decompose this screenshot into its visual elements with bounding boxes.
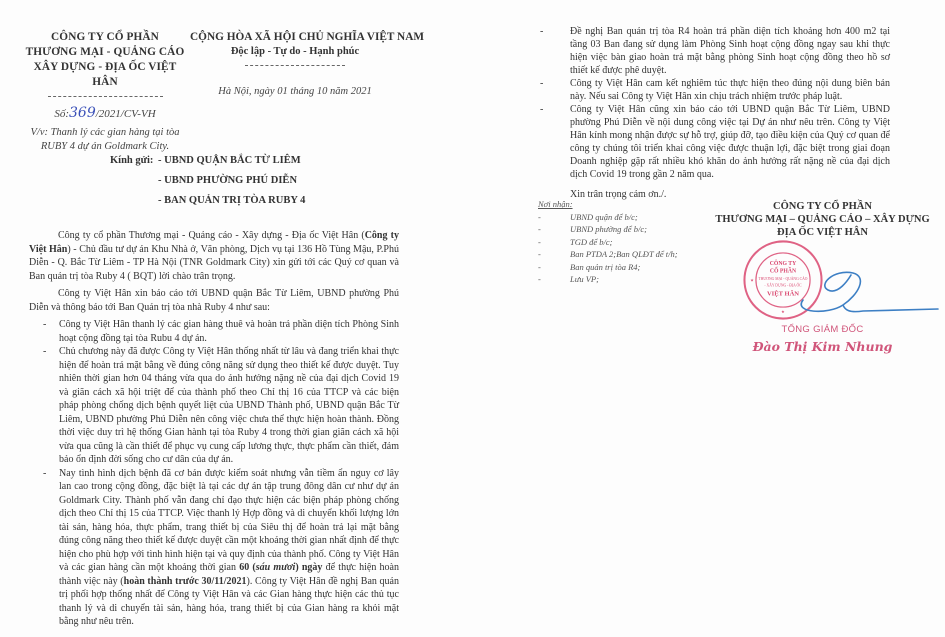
handwritten-number: 369 (69, 105, 96, 121)
motto-divider (245, 65, 345, 66)
signature-block: CÔNG TY CỔ PHẦN THƯƠNG MẠI – QUẢNG CÁO –… (705, 200, 940, 239)
letter-page-2: -Đề nghị Ban quản trị tòa R4 hoàn trả ph… (480, 0, 945, 637)
addressee: - UBND QUẬN BẮC TỪ LIÊM (158, 155, 301, 166)
recipient-item: -Lưu VP; (538, 273, 678, 286)
bullet-item: -Công ty Việt Hân cũng xin báo cáo tới U… (540, 103, 890, 181)
company-name-line: CÔNG TY CỔ PHẦN (20, 30, 190, 45)
intro-paragraph: Công ty cổ phần Thương mại - Quảng cáo -… (29, 229, 399, 283)
recipient-item: -TGD để b/c; (538, 236, 678, 249)
bullet-item: -Công ty Việt Hân cam kết nghiêm túc thự… (540, 77, 890, 103)
recipient-item: -Ban quản trị tòa R4; (538, 261, 678, 274)
company-name-line: XÂY DỰNG - ĐỊA ỐC VIỆT HÂN (20, 60, 190, 90)
national-header: CỘNG HÒA XÃ HỘI CHỦ NGHĨA VIỆT NAM Độc l… (190, 30, 400, 97)
recipient-item: -Ban PTDA 2;Ban QLĐT để t/h; (538, 248, 678, 261)
recipients-title: Nơi nhận: (538, 198, 678, 211)
dateline: Hà Nội, ngày 01 tháng 10 năm 2021 (190, 86, 400, 97)
recipients-list: Nơi nhận: -UBND quận để b/c; -UBND phườn… (538, 198, 678, 286)
company-header: CÔNG TY CỔ PHẦN THƯƠNG MẠI - QUẢNG CÁO X… (20, 30, 190, 154)
signer-role: TỔNG GIÁM ĐỐC (705, 324, 940, 335)
sign-company-line: ĐỊA ỐC VIỆT HÂN (705, 226, 940, 239)
bullet-item: -Nay tình hình dịch bệnh đã cơ bản được … (29, 467, 399, 629)
recipient-item: -UBND phường để b/c; (538, 223, 678, 236)
letter-body-continued: -Đề nghị Ban quản trị tòa R4 hoàn trả ph… (540, 25, 890, 201)
addressee-label: Kính gửi: (110, 151, 158, 171)
signature-icon (773, 265, 943, 315)
company-name-line: THƯƠNG MẠI - QUẢNG CÁO (20, 45, 190, 60)
bullet-item: -Đề nghị Ban quản trị tòa R4 hoàn trả ph… (540, 25, 890, 77)
document-number: Số:369/2021/CV-VH (20, 105, 190, 121)
recipient-item: -UBND quận để b/c; (538, 211, 678, 224)
letter-page-1: CÔNG TY CỔ PHẦN THƯƠNG MẠI - QUẢNG CÁO X… (0, 0, 470, 637)
addressee: - UBND PHƯỜNG PHÚ DIỄN (110, 171, 305, 191)
bullet-item: -Chủ chương này đã được Công ty Việt Hân… (29, 345, 399, 467)
header-divider (48, 96, 163, 97)
subject-line-1: V/v: Thanh lý các gian hàng tại tòa (20, 126, 190, 140)
national-motto: Độc lập - Tự do - Hạnh phúc (190, 45, 400, 59)
addressee-block: Kính gửi:- UBND QUẬN BẮC TỪ LIÊM - UBND … (110, 151, 305, 211)
sign-company-line: CÔNG TY CỔ PHẦN (705, 200, 940, 213)
nation-title: CỘNG HÒA XÃ HỘI CHỦ NGHĨA VIỆT NAM (190, 30, 400, 45)
doc-number-suffix: /2021/CV-VH (96, 108, 156, 120)
doc-number-prefix: Số: (54, 108, 69, 120)
sign-company-line: THƯƠNG MẠI – QUẢNG CÁO – XÂY DỰNG (705, 213, 940, 226)
letter-body: Công ty cổ phần Thương mại - Quảng cáo -… (29, 229, 399, 629)
report-paragraph: Công ty Việt Hân xin báo cáo tới UBND qu… (29, 287, 399, 314)
svg-text:★: ★ (750, 278, 754, 283)
signer-name: Đào Thị Kim Nhung (705, 339, 940, 354)
bullet-item: -Công ty Việt Hân thanh lý các gian hàng… (29, 318, 399, 345)
subject-line: V/v: Thanh lý các gian hàng tại tòa RUBY… (20, 126, 190, 154)
addressee: - BAN QUẢN TRỊ TÒA RUBY 4 (110, 191, 305, 211)
